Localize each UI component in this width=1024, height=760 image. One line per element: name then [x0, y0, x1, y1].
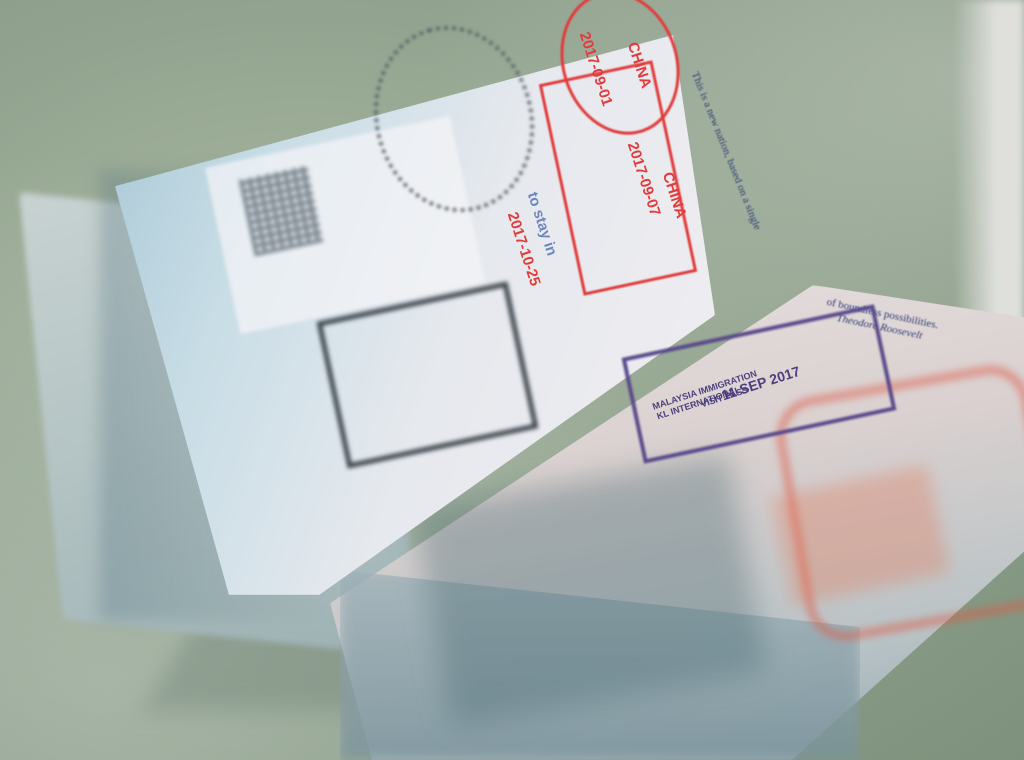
blurred-object-right	[954, 0, 1024, 330]
photo-scene: 2017-09-01 CHINA 2017-09-07 CHINA to sta…	[0, 0, 1024, 760]
